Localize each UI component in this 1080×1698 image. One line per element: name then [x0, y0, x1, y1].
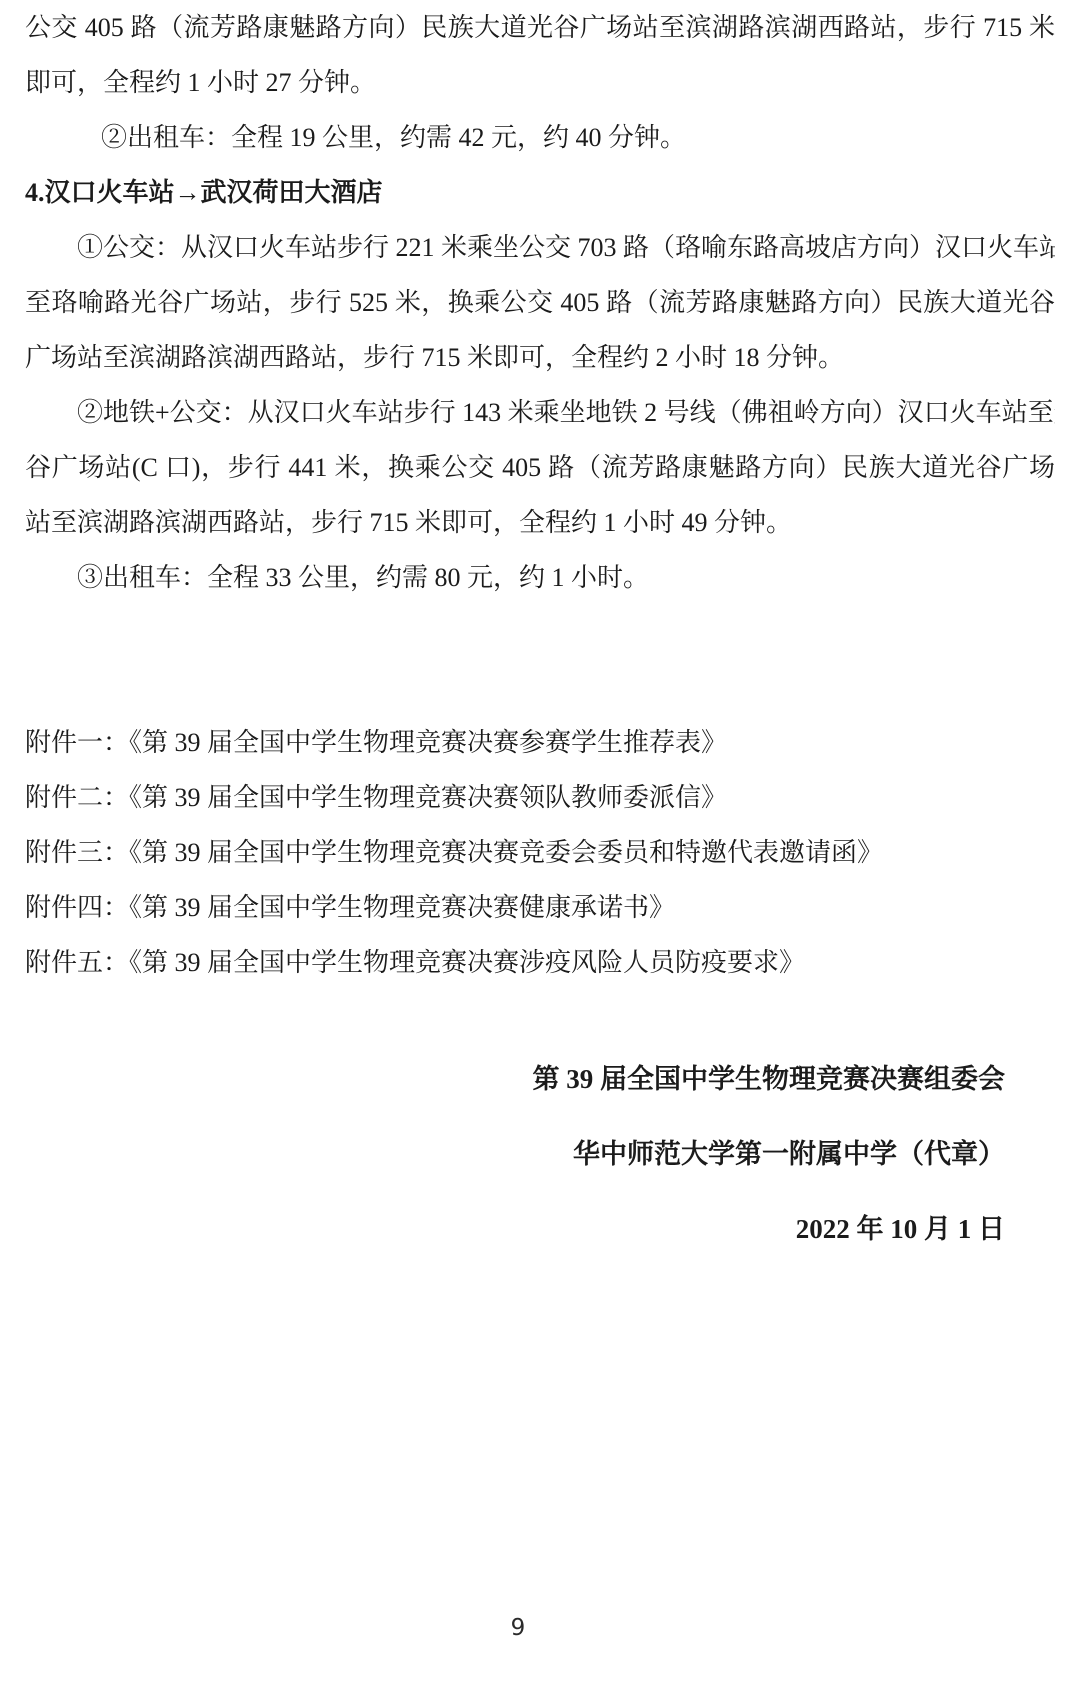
body-line: 谷广场站(C 口)，步行 441 米，换乘公交 405 路（流芳路康魅路方向）民… — [25, 440, 1055, 495]
signature-committee: 第 39 届全国中学生物理竞赛决赛组委会 — [25, 1042, 1005, 1117]
attachments-list: 附件一：《第 39 届全国中学生物理竞赛决赛参赛学生推荐表》附件二：《第 39 … — [25, 715, 1055, 990]
body-line: ②出租车：全程 19 公里，约需 42 元，约 40 分钟。 — [25, 110, 1055, 165]
page-number: 9 — [0, 1615, 1036, 1641]
attachment-item: 附件四：《第 39 届全国中学生物理竞赛决赛健康承诺书》 — [25, 880, 1055, 935]
body-line: ③出租车：全程 33 公里，约需 80 元，约 1 小时。 — [25, 550, 1055, 605]
signature-block: 第 39 届全国中学生物理竞赛决赛组委会 华中师范大学第一附属中学（代章） 20… — [25, 1042, 1055, 1267]
document-content: 公交 405 路（流芳路康魅路方向）民族大道光谷广场站至滨湖路滨湖西路站，步行 … — [0, 0, 1080, 1267]
signature-school: 华中师范大学第一附属中学（代章） — [25, 1117, 1005, 1192]
body-line: ②地铁+公交：从汉口火车站步行 143 米乘坐地铁 2 号线（佛祖岭方向）汉口火… — [25, 385, 1055, 440]
attachment-item: 附件三：《第 39 届全国中学生物理竞赛决赛竞委会委员和特邀代表邀请函》 — [25, 825, 1055, 880]
body-line: ①公交：从汉口火车站步行 221 米乘坐公交 703 路（珞喻东路高坡店方向）汉… — [25, 220, 1055, 275]
body-line: 至珞喻路光谷广场站，步行 525 米，换乘公交 405 路（流芳路康魅路方向）民… — [25, 275, 1055, 330]
body-line: 广场站至滨湖路滨湖西路站，步行 715 米即可，全程约 2 小时 18 分钟。 — [25, 330, 1055, 385]
body-line: 即可，全程约 1 小时 27 分钟。 — [25, 55, 1055, 110]
body-line: 站至滨湖路滨湖西路站，步行 715 米即可，全程约 1 小时 49 分钟。 — [25, 495, 1055, 550]
attachment-item: 附件五：《第 39 届全国中学生物理竞赛决赛涉疫风险人员防疫要求》 — [25, 935, 1055, 990]
section-heading: 4.汉口火车站→武汉荷田大酒店 — [25, 165, 1055, 220]
attachment-item: 附件一：《第 39 届全国中学生物理竞赛决赛参赛学生推荐表》 — [25, 715, 1055, 770]
document-body: 公交 405 路（流芳路康魅路方向）民族大道光谷广场站至滨湖路滨湖西路站，步行 … — [25, 0, 1055, 605]
document-page: { "page": { "number": "9", "background":… — [0, 0, 1080, 1698]
attachment-item: 附件二：《第 39 届全国中学生物理竞赛决赛领队教师委派信》 — [25, 770, 1055, 825]
body-line: 公交 405 路（流芳路康魅路方向）民族大道光谷广场站至滨湖路滨湖西路站，步行 … — [25, 0, 1055, 55]
signature-date: 2022 年 10 月 1 日 — [25, 1192, 1005, 1267]
